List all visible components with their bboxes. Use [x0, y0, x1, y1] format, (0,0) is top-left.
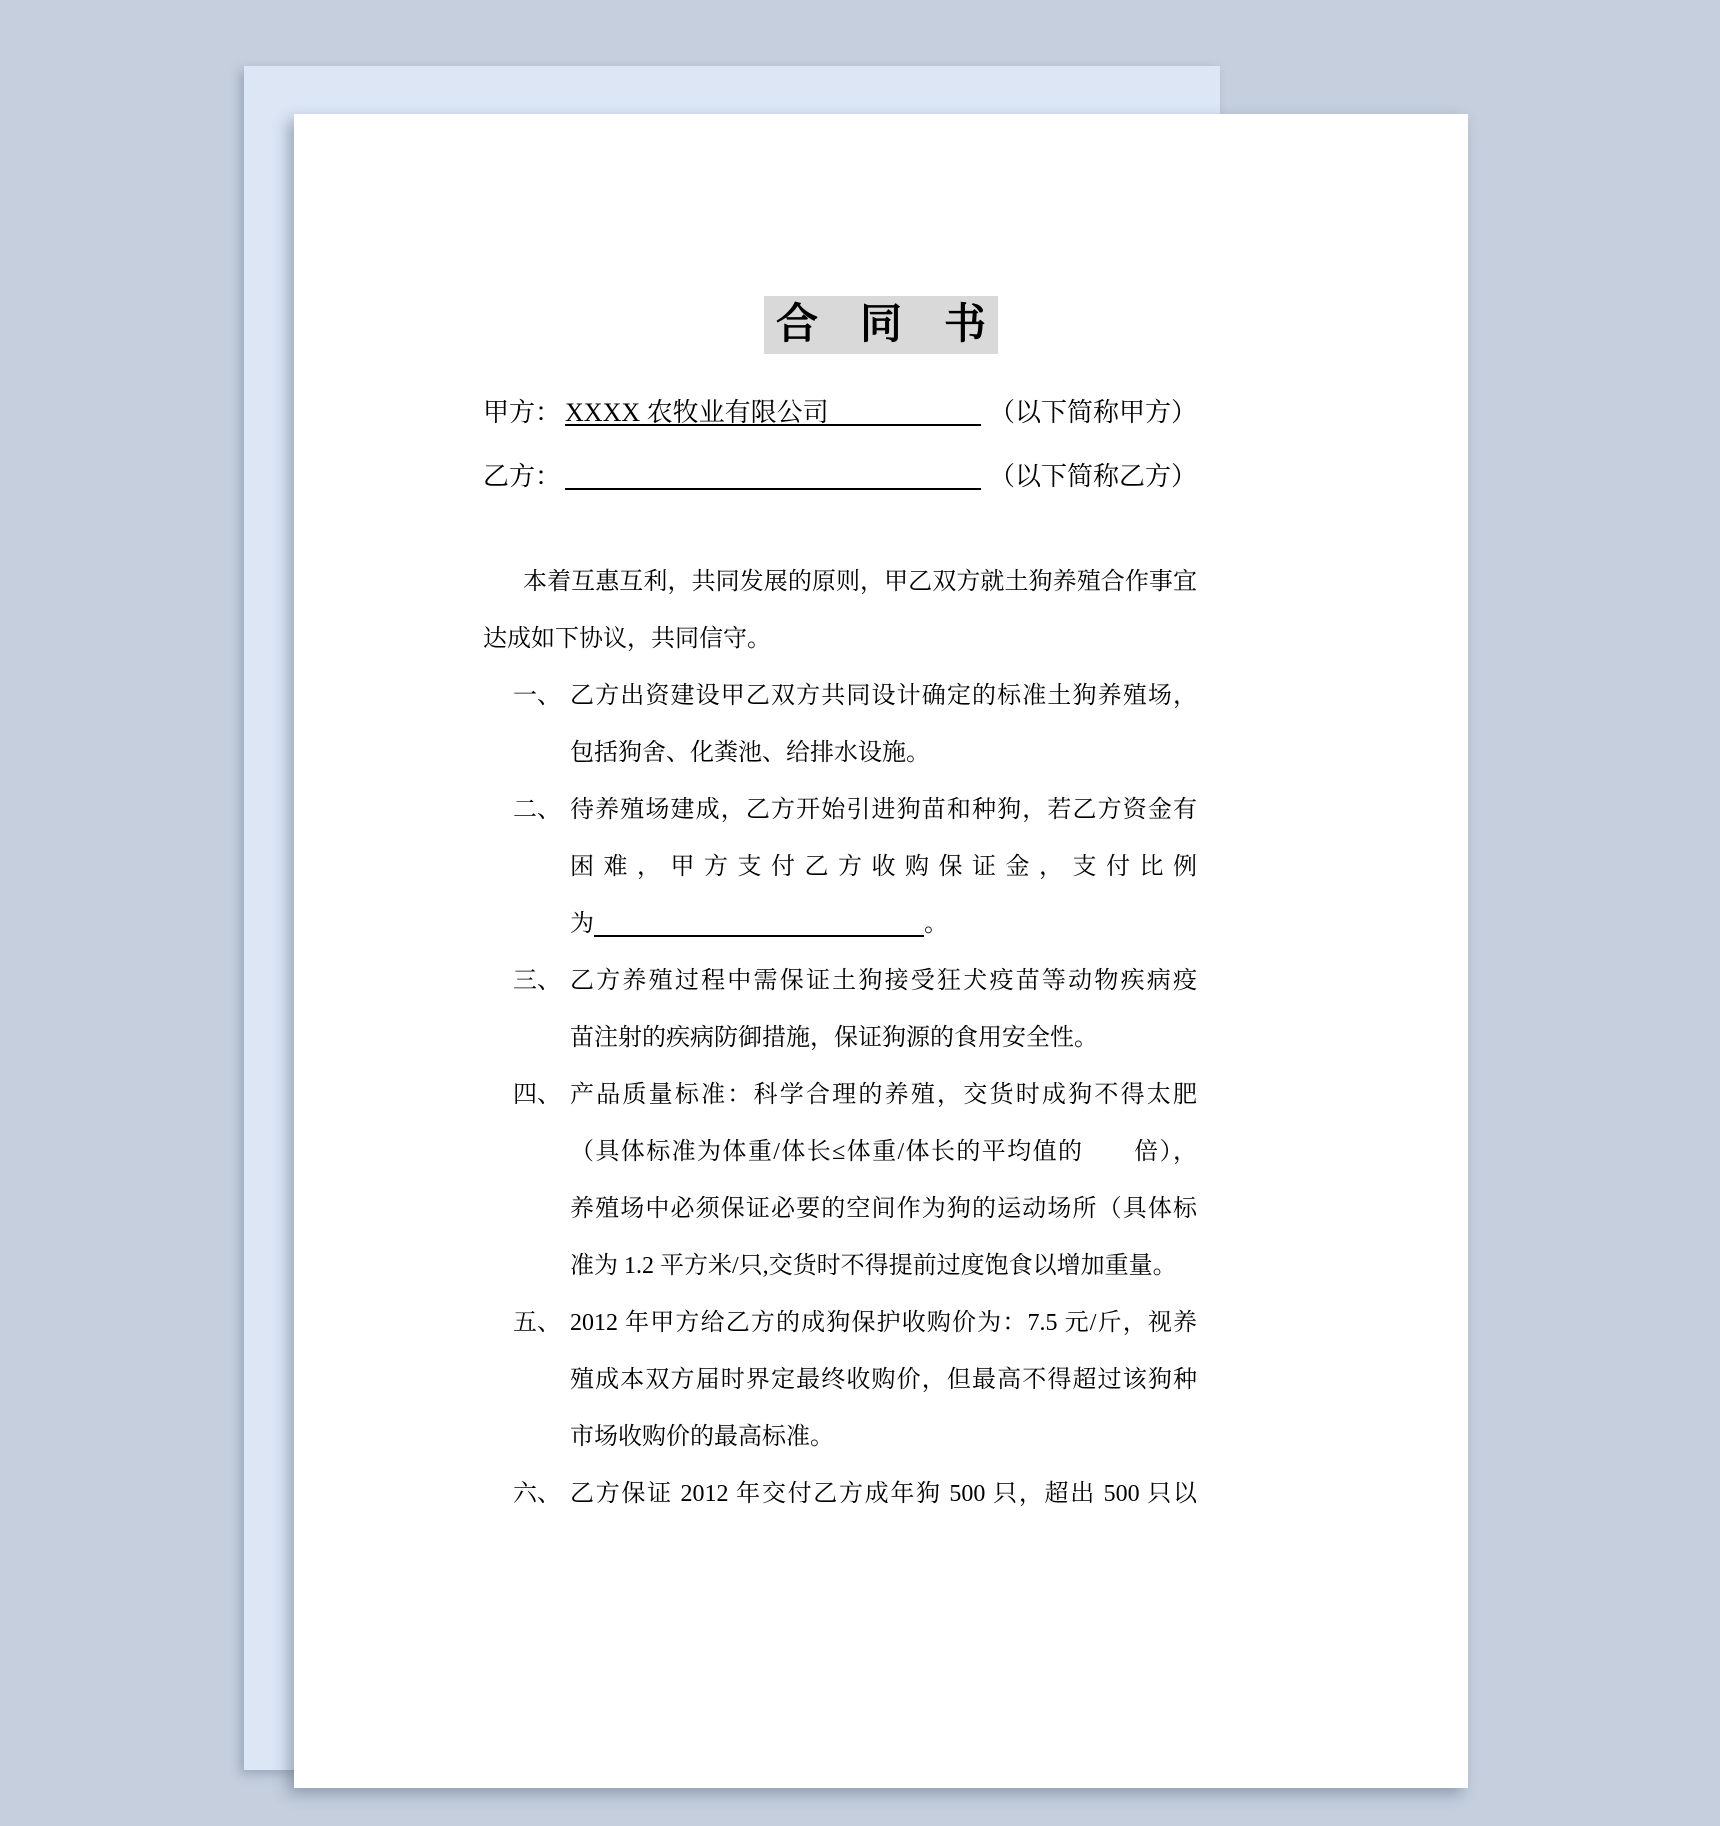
title-wrap: 合 同 书	[294, 296, 1468, 354]
party-a-row: 甲方： XXXX 农牧业有限公司 （以下简称甲方）	[483, 392, 1197, 430]
screenshot-canvas: { "colors": { "background": "#c5cfde", "…	[0, 0, 1720, 1826]
contract-item: 四、产品质量标准：科学合理的养殖，交货时成狗不得太肥（具体标准为体重/体长≤体重…	[483, 1067, 1197, 1295]
item-number: 三、	[483, 953, 570, 1010]
intro-line: 本着互惠互利，共同发展的原则，甲乙双方就土狗养殖合作事宜	[483, 554, 1197, 611]
item-number: 二、	[483, 782, 570, 839]
item-line: 产品质量标准：科学合理的养殖，交货时成狗不得太肥	[570, 1067, 1197, 1124]
item-number: 四、	[483, 1067, 570, 1124]
party-b-label: 乙方：	[483, 456, 561, 494]
item-line: 殖成本双方届时界定最终收购价，但最高不得超过该狗种	[570, 1352, 1197, 1409]
blank-underline	[594, 901, 924, 937]
intro-line: 达成如下协议，共同信守。	[483, 611, 1197, 668]
party-a-label: 甲方：	[483, 392, 561, 430]
item-number: 六、	[483, 1466, 570, 1523]
blank-line-suffix: 。	[924, 911, 948, 937]
item-line: 苗注射的疾病防御措施，保证狗源的食用安全性。	[570, 1010, 1197, 1067]
item-line: 困难，甲方支付乙方收购保证金，支付比例	[570, 839, 1197, 896]
item-line: 乙方养殖过程中需保证土狗接受狂犬疫苗等动物疾病疫	[570, 953, 1197, 1010]
item-line: 为。	[570, 896, 1197, 953]
intro-paragraph: 本着互惠互利，共同发展的原则，甲乙双方就土狗养殖合作事宜达成如下协议，共同信守。	[483, 554, 1197, 668]
item-line: 市场收购价的最高标准。	[570, 1409, 1197, 1466]
item-line: 包括狗舍、化粪池、给排水设施。	[570, 725, 1197, 782]
item-number: 一、	[483, 668, 570, 725]
contract-items: 一、乙方出资建设甲乙双方共同设计确定的标准土狗养殖场，包括狗舍、化粪池、给排水设…	[483, 668, 1197, 1523]
contract-item: 五、2012 年甲方给乙方的成狗保护收购价为：7.5 元/斤，视养殖成本双方届时…	[483, 1295, 1197, 1466]
contract-item: 一、乙方出资建设甲乙双方共同设计确定的标准土狗养殖场，包括狗舍、化粪池、给排水设…	[483, 668, 1197, 782]
party-b-underline	[565, 456, 981, 490]
item-line: （具体标准为体重/体长≤体重/体长的平均值的 倍），	[570, 1124, 1197, 1181]
contract-item: 三、乙方养殖过程中需保证土狗接受狂犬疫苗等动物疾病疫苗注射的疾病防御措施，保证狗…	[483, 953, 1197, 1067]
item-number: 五、	[483, 1295, 570, 1352]
blank-line-prefix: 为	[570, 911, 594, 937]
item-line: 2012 年甲方给乙方的成狗保护收购价为：7.5 元/斤，视养	[570, 1295, 1197, 1352]
item-line: 乙方保证 2012 年交付乙方成年狗 500 只，超出 500 只以	[570, 1466, 1197, 1523]
contract-item: 六、乙方保证 2012 年交付乙方成年狗 500 只，超出 500 只以	[483, 1466, 1197, 1523]
item-lines: 乙方出资建设甲乙双方共同设计确定的标准土狗养殖场，包括狗舍、化粪池、给排水设施。	[570, 668, 1197, 782]
item-lines: 产品质量标准：科学合理的养殖，交货时成狗不得太肥（具体标准为体重/体长≤体重/体…	[570, 1067, 1197, 1295]
party-a-underline: XXXX 农牧业有限公司	[565, 392, 981, 426]
item-line: 乙方出资建设甲乙双方共同设计确定的标准土狗养殖场，	[570, 668, 1197, 725]
item-line: 准为 1.2 平方米/只,交货时不得提前过度饱食以增加重量。	[570, 1238, 1197, 1295]
party-a-suffix: （以下简称甲方）	[989, 392, 1197, 430]
party-b-suffix: （以下简称乙方）	[989, 456, 1197, 494]
contract-body: 本着互惠互利，共同发展的原则，甲乙双方就土狗养殖合作事宜达成如下协议，共同信守。…	[483, 554, 1197, 1523]
parties-block: 甲方： XXXX 农牧业有限公司 （以下简称甲方） 乙方： （以下简称乙方）	[483, 392, 1197, 520]
item-lines: 待养殖场建成，乙方开始引进狗苗和种狗，若乙方资金有困难，甲方支付乙方收购保证金，…	[570, 782, 1197, 953]
party-b-row: 乙方： （以下简称乙方）	[483, 456, 1197, 494]
item-lines: 乙方保证 2012 年交付乙方成年狗 500 只，超出 500 只以	[570, 1466, 1197, 1523]
item-lines: 乙方养殖过程中需保证土狗接受狂犬疫苗等动物疾病疫苗注射的疾病防御措施，保证狗源的…	[570, 953, 1197, 1067]
item-lines: 2012 年甲方给乙方的成狗保护收购价为：7.5 元/斤，视养殖成本双方届时界定…	[570, 1295, 1197, 1466]
item-line: 待养殖场建成，乙方开始引进狗苗和种狗，若乙方资金有	[570, 782, 1197, 839]
contract-title: 合 同 书	[764, 296, 998, 354]
item-line: 养殖场中必须保证必要的空间作为狗的运动场所（具体标	[570, 1181, 1197, 1238]
contract-item: 二、待养殖场建成，乙方开始引进狗苗和种狗，若乙方资金有困难，甲方支付乙方收购保证…	[483, 782, 1197, 953]
document-page: 合 同 书 甲方： XXXX 农牧业有限公司 （以下简称甲方） 乙方： （以下简…	[294, 114, 1468, 1788]
